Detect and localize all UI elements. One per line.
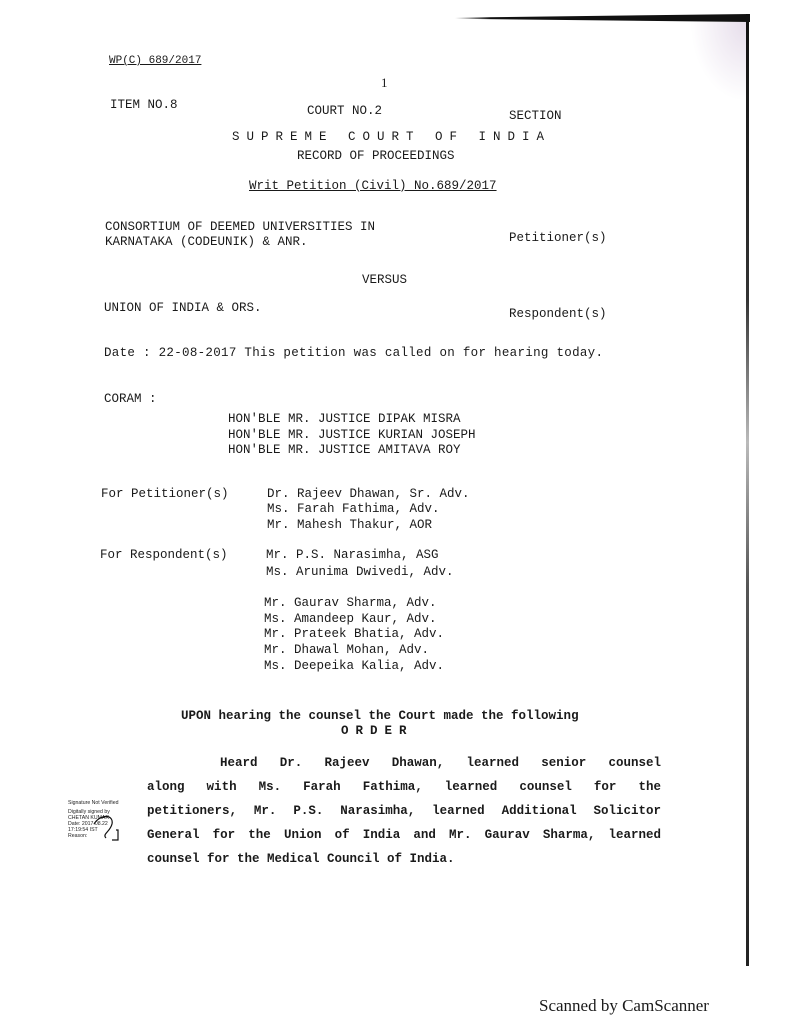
scan-top-edge xyxy=(455,14,750,22)
digital-signature-stamp: Signature Not Verified Digitally signed … xyxy=(68,800,146,846)
case-reference: WP(C) 689/2017 xyxy=(109,56,201,67)
judge-1: HON'BLE MR. JUSTICE DIPAK MISRA xyxy=(228,413,461,426)
court-number: COURT NO.2 xyxy=(307,105,382,118)
respondent-name: UNION OF INDIA & ORS. xyxy=(104,302,262,315)
petitioner-label: Petitioner(s) xyxy=(509,232,607,245)
petitioner-counsel-label: For Petitioner(s) xyxy=(101,488,229,501)
respondent-counsel-6: Mr. Dhawal Mohan, Adv. xyxy=(264,644,429,657)
hearing-date-line: Date : 22-08-2017 This petition was call… xyxy=(104,347,603,360)
coram-label: CORAM : xyxy=(104,393,157,406)
scan-right-edge xyxy=(746,14,749,966)
petitioner-name-line2: KARNATAKA (CODEUNIK) & ANR. xyxy=(105,236,308,249)
document-page: WP(C) 689/2017 1 ITEM NO.8 COURT NO.2 SE… xyxy=(0,0,792,1024)
record-title: RECORD OF PROCEEDINGS xyxy=(297,150,455,163)
petitioner-name-line1: CONSORTIUM OF DEEMED UNIVERSITIES IN xyxy=(105,221,375,234)
order-intro: UPON hearing the counsel the Court made … xyxy=(181,710,579,723)
respondent-label: Respondent(s) xyxy=(509,308,607,321)
petitioner-counsel-1: Dr. Rajeev Dhawan, Sr. Adv. xyxy=(267,488,470,501)
order-body-line-3: petitioners, Mr. P.S. Narasimha, learned… xyxy=(147,805,661,818)
respondent-counsel-2: Ms. Arunima Dwivedi, Adv. xyxy=(266,566,454,579)
respondent-counsel-4: Ms. Amandeep Kaur, Adv. xyxy=(264,613,437,626)
scan-corner-tint xyxy=(690,22,746,102)
signature-status: Signature Not Verified xyxy=(68,800,146,806)
order-heading: ORDER xyxy=(341,725,414,738)
petitioner-counsel-3: Mr. Mahesh Thakur, AOR xyxy=(267,519,432,532)
respondent-counsel-3: Mr. Gaurav Sharma, Adv. xyxy=(264,597,437,610)
page-number: 1 xyxy=(381,76,388,89)
section-label: SECTION xyxy=(509,110,562,123)
item-number: ITEM NO.8 xyxy=(110,99,178,112)
judge-3: HON'BLE MR. JUSTICE AMITAVA ROY xyxy=(228,444,461,457)
respondent-counsel-1: Mr. P.S. Narasimha, ASG xyxy=(266,549,439,562)
order-body-line-2: along with Ms. Farah Fathima, learned co… xyxy=(147,781,661,794)
respondent-counsel-5: Mr. Prateek Bhatia, Adv. xyxy=(264,628,444,641)
order-body-line-4: General for the Union of India and Mr. G… xyxy=(147,829,661,842)
respondent-counsel-7: Ms. Deepeika Kalia, Adv. xyxy=(264,660,444,673)
scanner-watermark: Scanned by CamScanner xyxy=(539,996,709,1016)
court-name: SUPREME COURT OF INDIA xyxy=(232,131,551,144)
respondent-counsel-label: For Respondent(s) xyxy=(100,549,228,562)
signature-check-icon xyxy=(88,812,122,842)
versus-label: VERSUS xyxy=(362,274,407,287)
petitioner-counsel-2: Ms. Farah Fathima, Adv. xyxy=(267,503,440,516)
petition-title: Writ Petition (Civil) No.689/2017 xyxy=(249,180,497,193)
order-body-line-1: Heard Dr. Rajeev Dhawan, learned senior … xyxy=(220,757,661,770)
judge-2: HON'BLE MR. JUSTICE KURIAN JOSEPH xyxy=(228,429,476,442)
order-body-line-5: counsel for the Medical Council of India… xyxy=(147,853,455,866)
